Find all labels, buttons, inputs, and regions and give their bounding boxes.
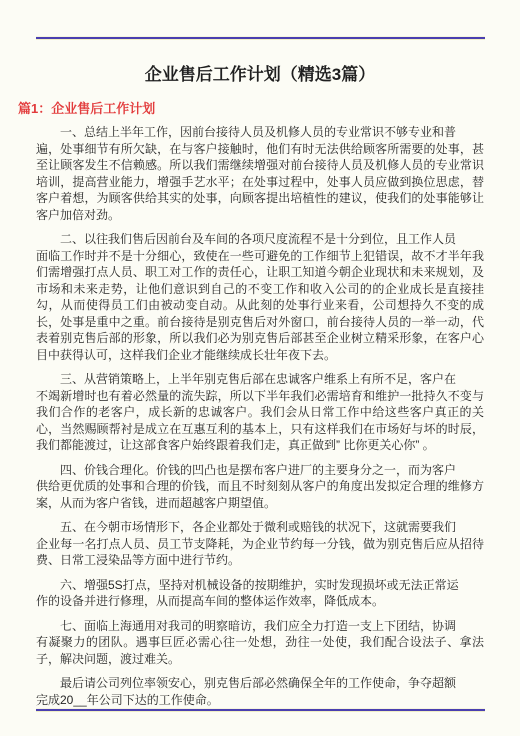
document-title: 企业售后工作计划（精选3篇）	[0, 60, 520, 85]
document-body: 一、总结上半年工作，因前台接待人员及机修人员的专业常识不够专业和普 遍，处事细节…	[36, 124, 484, 716]
top-divider-line	[36, 37, 485, 39]
body-paragraph: 四、价钱合理化。价钱的凹凸也是摆布客户进厂的主要身分之一，而为客户 供给更优质的…	[36, 462, 484, 512]
body-paragraph: 一、总结上半年工作，因前台接待人员及机修人员的专业常识不够专业和普 遍，处事细节…	[36, 124, 484, 223]
body-paragraph: 五、在今朝市场情形下，各企业都处于微利或赔钱的状况下，这就需要我们 企业每一名打…	[36, 519, 484, 569]
bottom-divider-line	[36, 709, 485, 711]
body-paragraph: 六、增强5S打点，坚持对机械设备的按期维护，实时发现损坏或无法正常运 作的设备并…	[36, 577, 484, 610]
section-heading: 篇1：企业售后工作计划	[18, 98, 155, 117]
body-paragraph: 三、从营销策略上，上半年别克售后部在忠诚客户维系上有所不足，客户在 不竭新增时也…	[36, 371, 484, 454]
body-paragraph: 七、面临上海通用对我司的明察暗访，我们应全力打造一支上下团结，协调 有凝聚力的团…	[36, 618, 484, 668]
body-paragraph: 二、以往我们售后因前台及车间的各项尺度流程不是十分到位，且工作人员 面临工作时并…	[36, 231, 484, 363]
body-paragraph: 最后请公司列位率领安心，别克售后部必然确保全年的工作使命，争夺超额 完成20__…	[36, 675, 484, 708]
document-page: 企业售后工作计划（精选3篇） 篇1：企业售后工作计划 一、总结上半年工作，因前台…	[0, 0, 520, 736]
